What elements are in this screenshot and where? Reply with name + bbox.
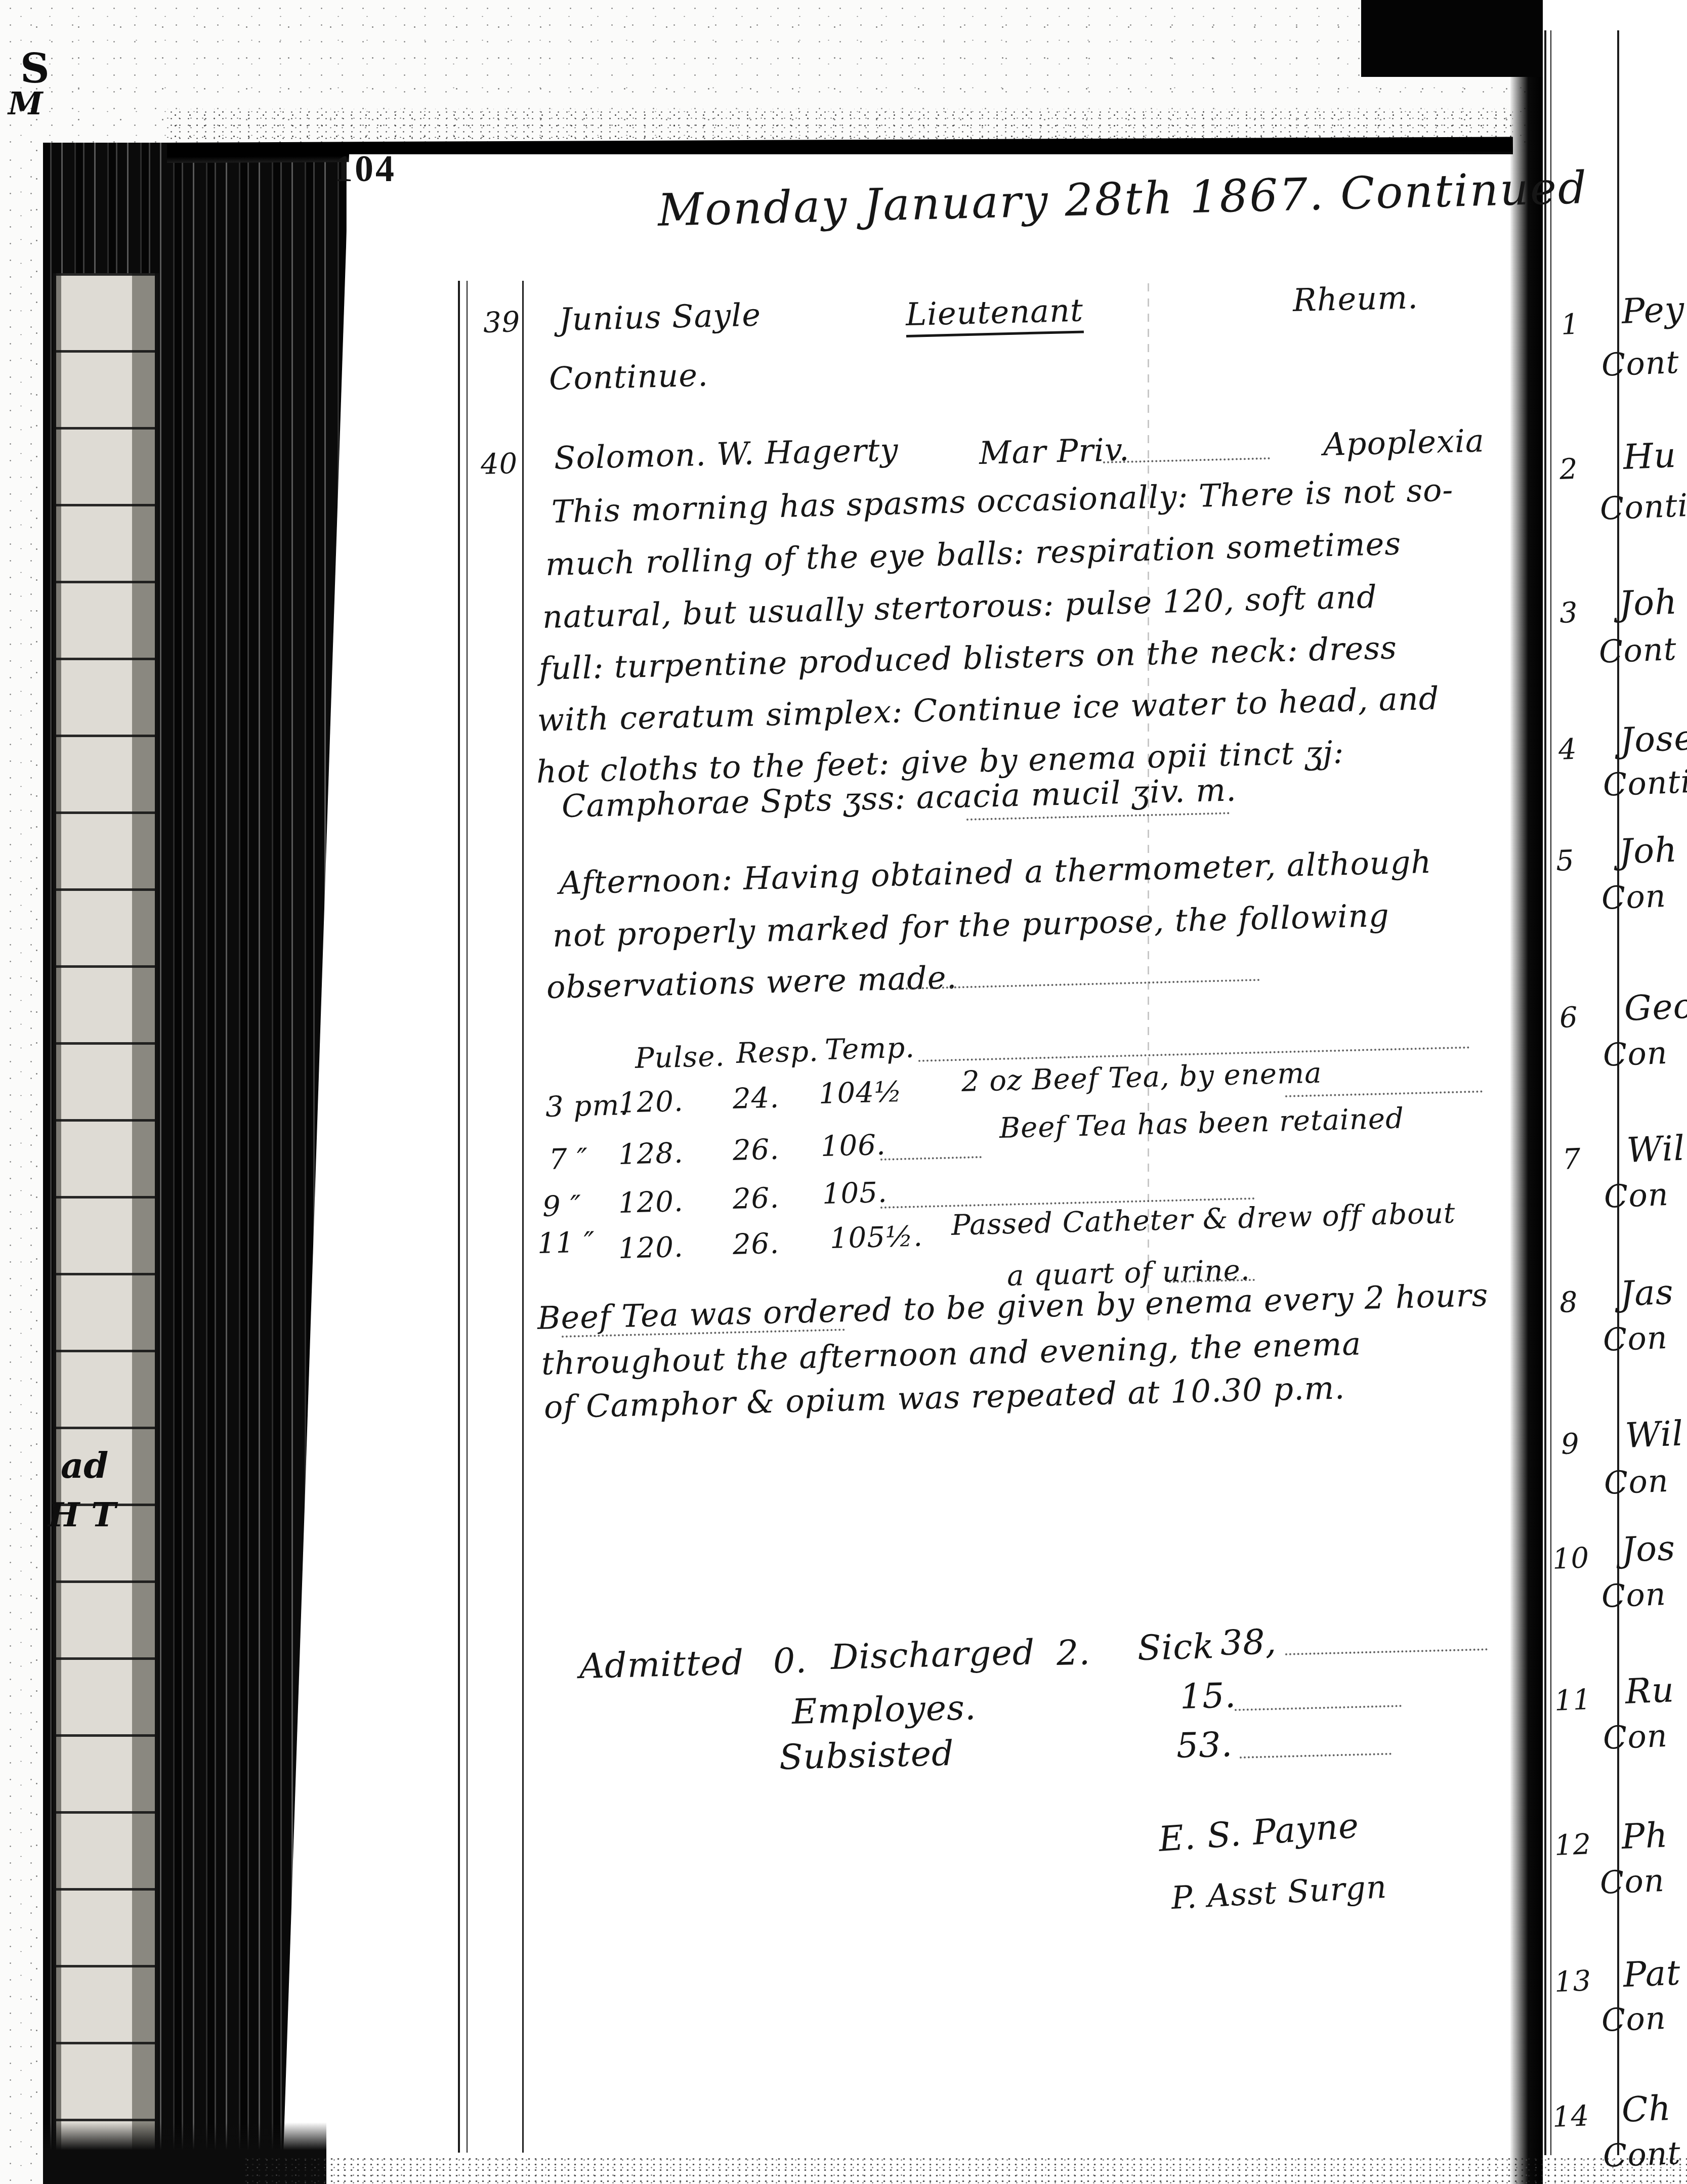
continue-fragment: Con bbox=[1601, 1577, 1667, 1614]
obs-resp: 26. bbox=[732, 1228, 780, 1261]
obs-pulse: 120. bbox=[618, 1232, 684, 1265]
obs-col-resp: Resp. bbox=[736, 1036, 819, 1069]
patient-name-fragment: Joh bbox=[1618, 831, 1678, 871]
patient-name-fragment: Ph bbox=[1621, 1817, 1668, 1856]
entry-number: 12 bbox=[1554, 1829, 1592, 1861]
continue-fragment: Con bbox=[1599, 1863, 1665, 1900]
obs-resp: 24. bbox=[732, 1083, 780, 1115]
obs-resp: 26. bbox=[732, 1183, 780, 1215]
subsisted-value: 53. bbox=[1176, 1726, 1233, 1765]
patient-name-fragment: Jas bbox=[1619, 1274, 1674, 1314]
obs-pulse: 120. bbox=[618, 1186, 684, 1219]
ledger-rule-line bbox=[458, 281, 460, 2153]
obs-pulse: 128. bbox=[618, 1138, 684, 1171]
entry-number: 4 bbox=[1558, 734, 1578, 766]
obs-time: 7 ″ bbox=[549, 1143, 588, 1175]
entry-number: 39 bbox=[483, 307, 521, 338]
patient-name-fragment: Ch bbox=[1621, 2090, 1672, 2130]
obs-pulse: 120. bbox=[618, 1086, 684, 1119]
patient-name: Junius Sayle bbox=[559, 297, 762, 337]
admitted-label: Admitted bbox=[579, 1644, 744, 1686]
subsisted-label: Subsisted bbox=[779, 1735, 954, 1777]
obs-temp: 105½. bbox=[829, 1221, 923, 1255]
patient-name-fragment: Joh bbox=[1618, 583, 1678, 623]
sick-label: Sick bbox=[1137, 1628, 1214, 1667]
continue-fragment: Cont bbox=[1602, 2136, 1681, 2173]
continue-fragment: Con bbox=[1602, 1036, 1668, 1073]
continue-fragment: Conti bbox=[1602, 764, 1687, 802]
patient-name-fragment: Jos bbox=[1621, 1530, 1676, 1570]
page-number: 104 bbox=[334, 148, 396, 191]
entry-number: 1 bbox=[1561, 309, 1580, 341]
ledger-rule-line bbox=[1544, 30, 1546, 2155]
entry-number: 8 bbox=[1559, 1287, 1579, 1319]
binding-gutter-shadow bbox=[1510, 0, 1543, 2184]
gutter-top-shadow bbox=[1361, 0, 1543, 77]
obs-col-pulse: Pulse. bbox=[635, 1041, 725, 1075]
continue-fragment: Conti bbox=[1599, 488, 1687, 526]
entry-number: 10 bbox=[1552, 1543, 1590, 1575]
ledger-rule-line bbox=[467, 281, 468, 2153]
obs-time: 3 pm. bbox=[545, 1090, 629, 1123]
entry-number: 6 bbox=[1559, 1002, 1579, 1034]
scanned-ledger-page: S M ad H T 104 Monday January 28th 1867.… bbox=[0, 0, 1687, 2184]
edge-fragment-word: H T bbox=[48, 1495, 116, 1534]
edge-fragment-word: ad bbox=[61, 1444, 108, 1486]
obs-temp: 105. bbox=[822, 1177, 888, 1210]
entry-number: 13 bbox=[1554, 1965, 1592, 1998]
entry-number: 7 bbox=[1562, 1144, 1582, 1176]
continue-fragment: Con bbox=[1604, 1177, 1669, 1214]
entry-number: 9 bbox=[1561, 1429, 1580, 1461]
ledger-rule-line bbox=[522, 281, 524, 2153]
continue-fragment: Cont bbox=[1601, 345, 1680, 382]
patient-name-fragment: Pat bbox=[1622, 1954, 1681, 1994]
patient-name-fragment: Pey bbox=[1621, 291, 1685, 331]
ledger-rule-line bbox=[1550, 30, 1551, 2155]
patient-name-fragment: Ru bbox=[1624, 1672, 1675, 1711]
patient-name-fragment: Wil bbox=[1626, 1130, 1685, 1170]
entry-number: 11 bbox=[1554, 1684, 1592, 1717]
obs-time: 11 ″ bbox=[537, 1227, 595, 1259]
diagnosis: Apoplexia bbox=[1323, 423, 1485, 462]
continue-fragment: Con bbox=[1601, 879, 1667, 916]
patient-name: Solomon. W. Hagerty bbox=[554, 433, 899, 476]
patient-name-fragment: Geo bbox=[1623, 988, 1687, 1028]
page-stack-fore-edge bbox=[53, 273, 159, 2165]
patient-rank: Mar Priv. bbox=[979, 433, 1130, 470]
employes-label: Employes. bbox=[791, 1689, 977, 1732]
edge-fragment-letter: M bbox=[8, 85, 43, 122]
rank-underline: Lieutenant bbox=[905, 291, 1084, 337]
entry-number: 3 bbox=[1559, 597, 1579, 629]
continue-fragment: Con bbox=[1601, 2001, 1667, 2038]
continue-fragment: Con bbox=[1602, 1320, 1668, 1357]
entry-number: 40 bbox=[480, 448, 518, 480]
sick-value: 38, bbox=[1220, 1623, 1277, 1662]
continue-fragment: Con bbox=[1604, 1464, 1669, 1501]
admitted-value: 0. bbox=[773, 1642, 808, 1681]
patient-rank: Lieutenant bbox=[905, 293, 1084, 332]
patient-name-fragment: Wil bbox=[1624, 1415, 1684, 1455]
obs-temp: 104½ bbox=[818, 1077, 903, 1110]
continue-fragment: Con bbox=[1602, 1719, 1668, 1755]
continue-fragment: Cont bbox=[1598, 632, 1677, 669]
obs-col-temp: Temp. bbox=[824, 1033, 915, 1066]
discharged-value: 2. bbox=[1056, 1634, 1091, 1673]
discharged-label: Discharged bbox=[830, 1634, 1035, 1677]
diagnosis: Rheum. bbox=[1292, 280, 1418, 318]
entry-number: 2 bbox=[1559, 454, 1579, 486]
entry-number: 14 bbox=[1552, 2101, 1590, 2133]
obs-time: 9 ″ bbox=[542, 1190, 582, 1222]
patient-name-fragment: Jose bbox=[1619, 719, 1687, 760]
patient-name-fragment: Hu bbox=[1622, 437, 1677, 477]
obs-temp: 106. bbox=[820, 1130, 886, 1163]
entry-number: 5 bbox=[1555, 845, 1575, 877]
entry-note: Continue. bbox=[549, 358, 708, 396]
employes-value: 15. bbox=[1179, 1677, 1237, 1716]
scan-noise-bottom bbox=[243, 2156, 1687, 2184]
obs-resp: 26. bbox=[732, 1134, 780, 1167]
